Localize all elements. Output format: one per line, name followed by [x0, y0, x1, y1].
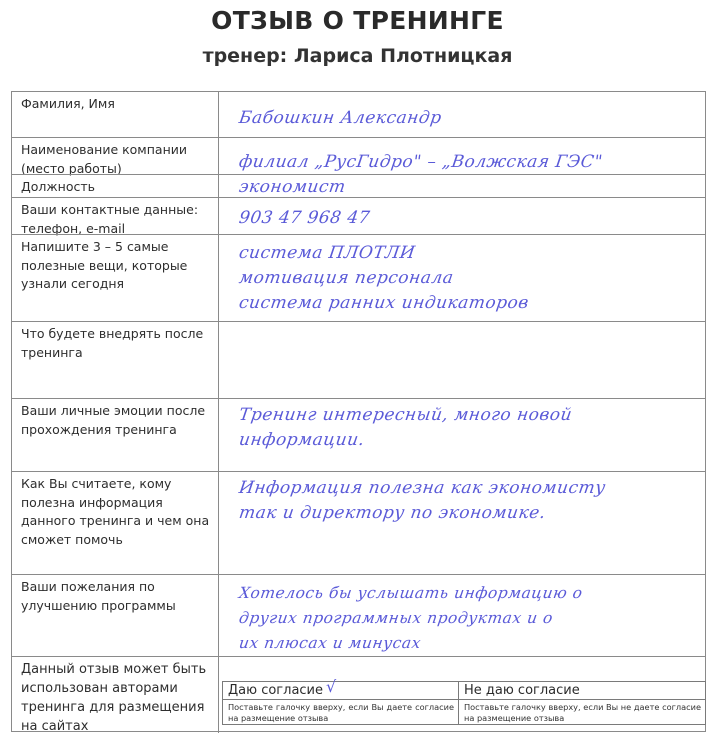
handwritten-line: так и директору по экономике. [237, 501, 707, 526]
row-label: Что будете внедрять после тренинга [12, 322, 219, 398]
feedback-form-table: Фамилия, Имя Бабошкин Александр Наименов… [11, 91, 706, 732]
row-full-name: Фамилия, Имя Бабошкин Александр [12, 92, 705, 137]
row-label: Фамилия, Имя [12, 92, 219, 137]
form-title: ОТЗЫВ О ТРЕНИНГЕ [0, 6, 715, 35]
full-name-field[interactable]: Бабошкин Александр [219, 92, 705, 137]
row-emotions: Ваши личные эмоции после прохождения тре… [12, 398, 705, 471]
row-implement: Что будете внедрять после тренинга [12, 321, 705, 398]
handwritten-line: Тренинг интересный, много новой [237, 403, 707, 428]
handwritten-line: 903 47 968 47 [237, 206, 707, 231]
row-label: Наименование компании (место работы) [12, 138, 219, 174]
useful-things-field[interactable]: система ПЛОТЛИмотивация персоналасистема… [219, 235, 705, 321]
handwritten-line: Информация полезна как экономисту [237, 476, 707, 501]
handwritten-line: филиал „РусГидро" – „Волжская ГЭС" [237, 150, 707, 175]
consent-agree-header[interactable]: Даю согласие √ [223, 682, 458, 700]
row-consent: Данный отзыв может быть использован авто… [12, 656, 705, 733]
consent-table: Даю согласие √ Поставьте галочку вверху,… [222, 681, 706, 725]
consent-disagree-note: Поставьте галочку вверху, если Вы не дае… [459, 700, 705, 724]
consent-disagree-label: Не даю согласие [464, 683, 580, 698]
emotions-field[interactable]: Тренинг интересный, много новойинформаци… [219, 399, 705, 471]
handwritten-line: мотивация персонала [237, 266, 707, 291]
row-contacts: Ваши контактные данные: телефон, e-mail … [12, 197, 705, 234]
row-wishes: Ваши пожелания по улучшению программы Хо… [12, 574, 705, 656]
handwritten-line: Бабошкин Александр [237, 106, 707, 131]
row-label: Должность [12, 175, 219, 197]
row-useful-things: Напишите 3 – 5 самые полезные вещи, кото… [12, 234, 705, 321]
wishes-field[interactable]: Хотелось бы услышать информацию одругих … [219, 575, 705, 656]
row-label: Как Вы считаете, кому полезна информация… [12, 472, 219, 574]
consent-agree-label: Даю согласие [228, 683, 323, 698]
usefulness-field[interactable]: Информация полезна как экономистутак и д… [219, 472, 705, 574]
row-label: Данный отзыв может быть использован авто… [12, 657, 219, 733]
handwritten-line: информации. [237, 428, 707, 453]
consent-disagree-header[interactable]: Не даю согласие [459, 682, 705, 700]
row-label: Ваши пожелания по улучшению программы [12, 575, 219, 656]
trainer-subtitle: тренер: Лариса Плотницкая [0, 45, 715, 67]
row-position: Должность экономист [12, 174, 705, 197]
implement-field[interactable] [219, 322, 705, 398]
company-field[interactable]: филиал „РусГидро" – „Волжская ГЭС" [219, 138, 705, 174]
row-label: Ваши личные эмоции после прохождения тре… [12, 399, 219, 471]
position-field[interactable]: экономист [219, 175, 705, 197]
row-label: Ваши контактные данные: телефон, e-mail [12, 198, 219, 234]
handwritten-line: других программных продуктах и о [237, 606, 707, 631]
row-company: Наименование компании (место работы) фил… [12, 137, 705, 174]
contacts-field[interactable]: 903 47 968 47 [219, 198, 705, 234]
consent-agree-option[interactable]: Даю согласие √ Поставьте галочку вверху,… [223, 682, 459, 724]
check-mark-icon: √ [326, 678, 336, 695]
row-usefulness: Как Вы считаете, кому полезна информация… [12, 471, 705, 574]
consent-disagree-option[interactable]: Не даю согласие Поставьте галочку вверху… [459, 682, 705, 724]
handwritten-line: система ПЛОТЛИ [237, 241, 707, 266]
consent-agree-note: Поставьте галочку вверху, если Вы даете … [223, 700, 458, 724]
handwritten-line: Хотелось бы услышать информацию о [237, 581, 707, 606]
handwritten-line: их плюсах и минусах [237, 631, 707, 656]
handwritten-line: система ранних индикаторов [237, 291, 707, 316]
row-label: Напишите 3 – 5 самые полезные вещи, кото… [12, 235, 219, 321]
